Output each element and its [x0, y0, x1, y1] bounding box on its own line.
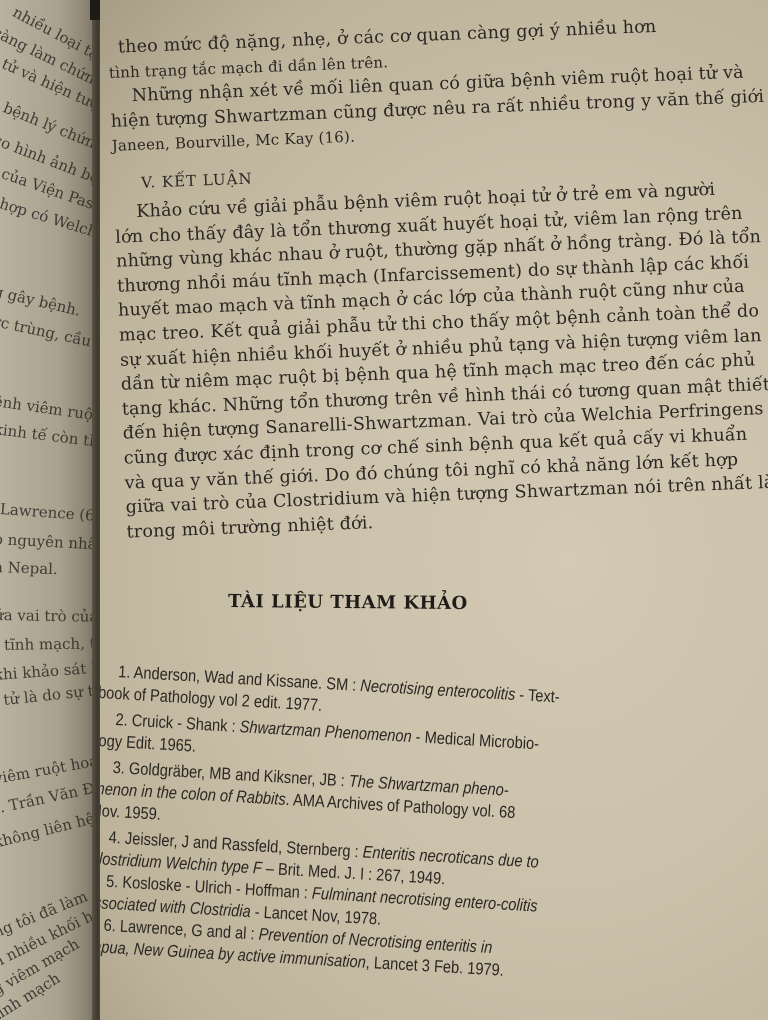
reference-number: 2. — [115, 710, 128, 730]
left-page-line: tĩnh mạch, tĩnh — [4, 634, 100, 654]
left-page-line: rc trùng, cầu trùng — [0, 312, 100, 360]
reference-number: 1. — [118, 662, 131, 682]
reference-number: 3. — [112, 758, 125, 778]
left-page-line: o nguyên nhân gây — [0, 530, 100, 556]
reference-number: 4. — [108, 828, 121, 848]
reference-number: 6. — [103, 916, 116, 936]
left-page-line: i tử là do sự tắc — [0, 680, 100, 710]
left-page-line: khi khảo sát bệnh — [0, 657, 100, 684]
references-heading: TÀI LIỆU THAM KHẢO — [228, 591, 468, 614]
reference-source: - Text- — [519, 685, 560, 706]
article-body: theo mức độ nặng, nhẹ, ở các cơ quan càn… — [106, 0, 747, 545]
right-page: theo mức độ nặng, nhẹ, ở các cơ quan càn… — [100, 0, 768, 1020]
left-page-line: Lawrence (6) Mur — [0, 500, 100, 528]
left-page: nhiều loại tạp càng làm chứng i tử và hi… — [0, 0, 100, 1020]
reference-number: 5. — [106, 872, 119, 892]
left-page-line: không liên hệ — [0, 809, 96, 851]
left-page-line: kinh tế còn thấp — [0, 420, 100, 453]
references-list: 1. Anderson, Wad and Kissane. SM : Necro… — [100, 660, 739, 994]
left-page-line: ữa vai trò của Clos — [0, 606, 100, 626]
left-page-line: g gây bệnh. — [0, 282, 82, 319]
left-page-line: à Nepal. — [0, 558, 58, 578]
